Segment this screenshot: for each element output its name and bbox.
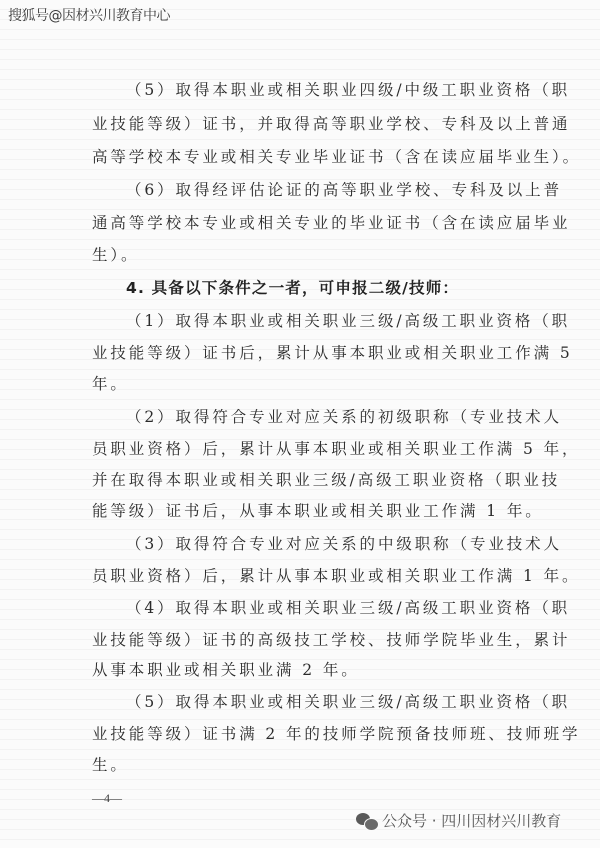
paragraph-line: （1）取得本职业或相关职业三级/高级工职业资格（职	[126, 311, 512, 331]
paragraph-line: 业技能等级）证书满 2 年的技师学院预备技师班、技师班学	[92, 724, 512, 744]
paragraph-line: 业技能等级）证书的高级技工学校、技师学院毕业生，累计	[92, 630, 512, 650]
paragraph-line: 生。	[92, 755, 512, 775]
paragraph-line: （2）取得符合专业对应关系的初级职称（专业技术人	[126, 407, 512, 427]
paragraph-line: 年。	[92, 374, 512, 394]
paragraph-line: （5）取得本职业或相关职业三级/高级工职业资格（职	[126, 692, 512, 712]
paragraph-line: （6）取得经评估论证的高等职业学校、专科及以上普	[126, 180, 512, 200]
paragraph-line: 业技能等级）证书，并取得高等职业学校、专科及以上普通	[92, 114, 512, 134]
paragraph-line: （3）取得符合专业对应关系的中级职称（专业技术人	[126, 534, 512, 554]
paragraph-line: （4）取得本职业或相关职业三级/高级工职业资格（职	[126, 598, 512, 618]
paragraph-line: 能等级）证书后，从事本职业或相关职业工作满 1 年。	[92, 501, 512, 521]
paragraph-line: 通高等学校本专业或相关专业的毕业证书（含在读应届毕业	[92, 213, 512, 233]
paragraph-line: 高等学校本专业或相关专业毕业证书（含在读应届毕业生）。	[92, 147, 512, 167]
footer-watermark-label: 公众号 · 四川因材兴川教育	[382, 810, 561, 831]
paragraph-line: 业技能等级）证书后，累计从事本职业或相关职业工作满 5	[92, 343, 512, 363]
paragraph-line: 生）。	[92, 245, 512, 265]
wechat-icon	[356, 812, 378, 830]
paragraph-line: 从事本职业或相关职业满 2 年。	[92, 660, 512, 680]
source-watermark: 搜狐号@因材兴川教育中心	[8, 5, 170, 25]
footer-watermark: 公众号 · 四川因材兴川教育	[356, 810, 561, 831]
paragraph-line: 并在取得本职业或相关职业三级/高级工职业资格（职业技	[92, 470, 512, 490]
paragraph-line: 员职业资格）后，累计从事本职业或相关职业工作满 1 年。	[92, 566, 512, 586]
page-number: —4—	[92, 791, 122, 806]
paragraph-line: （5）取得本职业或相关职业四级/中级工职业资格（职	[126, 80, 512, 100]
paragraph-line: 员职业资格）后，累计从事本职业或相关职业工作满 5 年，	[92, 439, 512, 459]
section-heading: 4. 具备以下条件之一者，可申报二级/技师：	[126, 278, 512, 298]
